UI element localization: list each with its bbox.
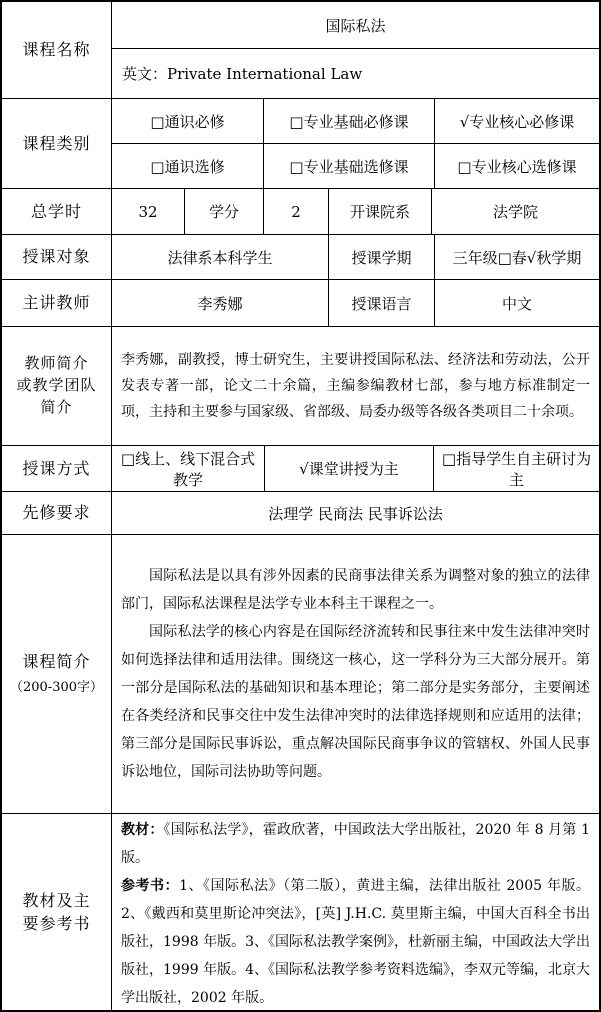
language-label: 授课语言 (329, 280, 435, 326)
teacher-label: 主讲教师 (2, 280, 112, 326)
row-course-name: 课程名称 国际私法 英文：Private International Law (2, 2, 599, 99)
course-intro-word-count: （200-300字） (10, 679, 103, 698)
department-label: 开课院系 (329, 189, 432, 234)
checkbox-general-elective: □通识选修 (112, 144, 264, 188)
department-value: 法学院 (432, 189, 599, 234)
semester-label: 授课学期 (329, 235, 435, 279)
course-intro-label-title: 课程简介 (22, 650, 90, 673)
textbook-value: 《国际私法学》，霍政欣著，中国政法大学出版社，2020 年 8 月第 1 版。 (121, 822, 590, 866)
credit-label: 学分 (185, 189, 264, 234)
audience-value: 法律系本科学生 (112, 235, 329, 279)
credit-value: 2 (264, 189, 329, 234)
row-audience-semester: 授课对象 法律系本科学生 授课学期 三年级□春√秋学期 (2, 235, 599, 280)
checkbox-major-basic-elective: □专业基础选修课 (264, 144, 435, 188)
row-materials: 教材及主 要参考书 教材：《国际私法学》，霍政欣著，中国政法大学出版社，2020… (2, 814, 599, 1010)
textbook-label: 教材： (121, 822, 164, 838)
materials-text: 教材：《国际私法学》，霍政欣著，中国政法大学出版社，2020 年 8 月第 1 … (112, 814, 599, 1010)
references-label: 参考书： (121, 878, 179, 894)
course-name-cn: 国际私法 (112, 2, 599, 49)
course-intro-paragraph-1: 国际私法是以具有涉外因素的民商事法律关系为调整对象的独立的法律部门，国际私法课程… (121, 562, 590, 618)
materials-label-line2: 要参考书 (22, 912, 90, 935)
teacher-intro-text: 李秀娜，副教授，博士研究生，主要讲授国际私法、经济法和劳动法，公开发表专著一部，… (112, 327, 599, 445)
course-type-options: □通识必修 □专业基础必修课 √专业核心必修课 □通识选修 □专业基础选修课 □… (112, 99, 599, 188)
checkbox-major-core-elective: □专业核心选修课 (435, 144, 599, 188)
row-prerequisites: 先修要求 法理学 民商法 民事诉讼法 (2, 492, 599, 535)
course-name-values: 国际私法 英文：Private International Law (112, 2, 599, 98)
course-type-row2: □通识选修 □专业基础选修课 □专业核心选修课 (112, 144, 599, 188)
checkbox-student-research: □指导学生自主研讨为主 (434, 446, 599, 491)
materials-label-line1: 教材及主 (22, 889, 90, 912)
teacher-intro-label-line1: 教师简介 (24, 353, 88, 375)
row-teacher-language: 主讲教师 李秀娜 授课语言 中文 (2, 280, 599, 327)
materials-label: 教材及主 要参考书 (2, 814, 112, 1010)
total-hours-label: 总学时 (2, 189, 112, 234)
teaching-method-label: 授课方式 (2, 446, 112, 491)
row-teacher-intro: 教师简介 或教学团队 简介 李秀娜，副教授，博士研究生，主要讲授国际私法、经济法… (2, 327, 599, 446)
course-intro-label: 课程简介 （200-300字） (2, 535, 112, 813)
semester-value: 三年级□春√秋学期 (435, 235, 599, 279)
teacher-intro-label-line3: 简介 (40, 397, 72, 419)
teacher-intro-label-line2: 或教学团队 (16, 375, 96, 397)
course-name-label: 课程名称 (2, 2, 112, 98)
teacher-value: 李秀娜 (112, 280, 329, 326)
row-course-type: 课程类别 □通识必修 □专业基础必修课 √专业核心必修课 □通识选修 □专业基础… (2, 99, 599, 189)
row-teaching-method: 授课方式 □线上、线下混合式教学 √课堂讲授为主 □指导学生自主研讨为主 (2, 446, 599, 492)
textbook-paragraph: 教材：《国际私法学》，霍政欣著，中国政法大学出版社，2020 年 8 月第 1 … (121, 816, 590, 872)
teacher-intro-paragraph: 李秀娜，副教授，博士研究生，主要讲授国际私法、经济法和劳动法，公开发表专著一部，… (121, 347, 590, 425)
course-intro-paragraph-2: 国际私法学的核心内容是在国际经济流转和民事往来中发生法律冲突时如何选择法律和适用… (121, 618, 590, 786)
references-value: 1、《国际私法》（第二版），黄进主编，法律出版社 2005 年版。 2、《戴西和… (121, 878, 590, 1006)
course-name-en: 英文：Private International Law (112, 49, 599, 98)
checkbox-blended-teaching: □线上、线下混合式教学 (112, 446, 265, 491)
checkbox-major-core-required-checked: √专业核心必修课 (435, 99, 599, 143)
references-paragraph: 参考书：1、《国际私法》（第二版），黄进主编，法律出版社 2005 年版。 2、… (121, 872, 590, 1012)
course-syllabus-table: 课程名称 国际私法 英文：Private International Law 课… (0, 0, 601, 1012)
prerequisites-value: 法理学 民商法 民事诉讼法 (112, 492, 599, 534)
course-type-label: 课程类别 (2, 99, 112, 188)
checkbox-lecture-based-checked: √课堂讲授为主 (265, 446, 434, 491)
course-intro-text: 国际私法是以具有涉外因素的民商事法律关系为调整对象的独立的法律部门，国际私法课程… (112, 535, 599, 813)
audience-label: 授课对象 (2, 235, 112, 279)
language-value: 中文 (435, 280, 599, 326)
row-course-intro: 课程简介 （200-300字） 国际私法是以具有涉外因素的民商事法律关系为调整对… (2, 535, 599, 814)
course-type-row1: □通识必修 □专业基础必修课 √专业核心必修课 (112, 99, 599, 144)
teacher-intro-label: 教师简介 或教学团队 简介 (2, 327, 112, 445)
checkbox-major-basic-required: □专业基础必修课 (264, 99, 435, 143)
row-hours-credits: 总学时 32 学分 2 开课院系 法学院 (2, 189, 599, 235)
checkbox-general-required: □通识必修 (112, 99, 264, 143)
prerequisites-label: 先修要求 (2, 492, 112, 534)
total-hours-value: 32 (112, 189, 185, 234)
